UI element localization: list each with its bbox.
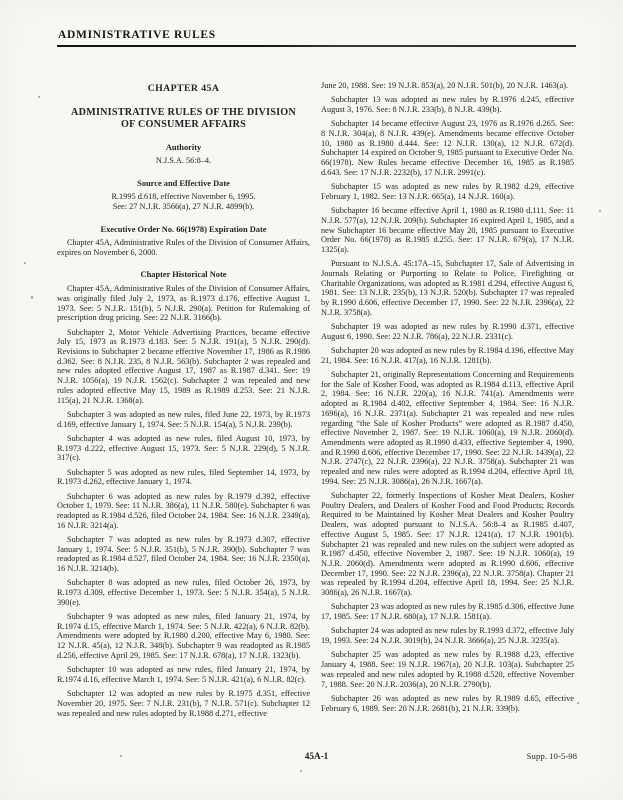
right-column: June 20, 1988. See: 19 N.J.R. 853(a), 20…	[321, 81, 574, 718]
scan-speck	[300, 770, 302, 772]
scan-speck	[577, 702, 579, 704]
running-header-title: ADMINISTRATIVE RULES	[58, 29, 216, 41]
document-page: ADMINISTRATIVE RULES CHAPTER 45A ADMINIS…	[0, 0, 623, 800]
source-line-2: See: 27 N.J.R. 3566(a), 27 N.J.R. 4899(b…	[57, 202, 310, 212]
historical-paragraph: Subchapter 20 was adopted as new rules b…	[321, 346, 574, 365]
chapter-title-line1: ADMINISTRATIVE RULES OF THE DIVISION	[71, 107, 296, 118]
historical-note-heading: Chapter Historical Note	[57, 270, 310, 280]
historical-paragraph: Subchapter 13 was adopted as new rules b…	[321, 95, 574, 114]
historical-paragraph: Subchapter 25 was adopted as new rules b…	[321, 650, 574, 689]
historical-paragraph: Chapter 45A, Administrative Rules of the…	[57, 284, 310, 323]
historical-paragraph: Subchapter 12 was adopted as new rules b…	[57, 689, 310, 718]
authority-text: N.J.S.A. 56:8–4.	[57, 156, 310, 166]
source-heading: Source and Effective Date	[57, 179, 310, 189]
historical-paragraph: Subchapter 8 was adopted as new rules, f…	[57, 578, 310, 607]
historical-paragraph: Subchapter 14 became effective August 23…	[321, 119, 574, 177]
page-number: 45A-1	[57, 751, 576, 761]
chapter-title: ADMINISTRATIVE RULES OF THE DIVISIONOF C…	[57, 107, 310, 132]
historical-paragraph: Subchapter 3 was adopted as new rules, f…	[57, 410, 310, 429]
supplement-label: Supp. 10-5-98	[527, 751, 577, 761]
historical-paragraph: Subchapter 4 was adopted as new rules, f…	[57, 434, 310, 463]
historical-paragraph: Subchapter 5 was adopted as new rules, f…	[57, 468, 310, 487]
historical-paragraph: Subchapter 9 was adopted as new rules, f…	[57, 612, 310, 661]
scan-speck	[24, 262, 26, 264]
historical-paragraph-continuation: June 20, 1988. See: 19 N.J.R. 853(a), 20…	[321, 81, 574, 91]
source-line-1: R.1995 d.618, effective November 6, 1995…	[57, 192, 310, 202]
scan-speck	[31, 296, 33, 299]
expiration-heading: Executive Order No. 66(1978) Expiration …	[57, 225, 310, 235]
historical-paragraph: Subchapter 15 was adopted as new rules b…	[321, 182, 574, 201]
scan-speck	[599, 210, 601, 212]
scan-speck	[120, 755, 122, 757]
chapter-title-line2: OF CONSUMER AFFAIRS	[121, 119, 246, 130]
historical-paragraph: Subchapter 7 was adopted as new rules by…	[57, 535, 310, 574]
historical-paragraph: Pursuant to N.J.S.A. 45:17A–15, Subchapt…	[321, 259, 574, 317]
expiration-text: Chapter 45A, Administrative Rules of the…	[57, 238, 310, 257]
historical-paragraph: Subchapter 26 was adopted as new rules b…	[321, 694, 574, 713]
historical-paragraph: Subchapter 10 was adopted as new rules, …	[57, 665, 310, 684]
chapter-number-heading: CHAPTER 45A	[57, 84, 310, 94]
historical-paragraph: Subchapter 22, formerly Inspections of K…	[321, 491, 574, 598]
left-column: CHAPTER 45A ADMINISTRATIVE RULES OF THE …	[57, 80, 310, 723]
header-rule-divider	[57, 45, 576, 47]
scan-speck	[38, 96, 40, 98]
historical-paragraph: Subchapter 21, originally Representation…	[321, 370, 574, 486]
historical-paragraph: Subchapter 23 was adopted as new rules b…	[321, 602, 574, 621]
historical-paragraph: Subchapter 6 was adopted as new rules by…	[57, 492, 310, 531]
authority-heading: Authority	[57, 143, 310, 153]
historical-paragraph: Subchapter 19 was adopted as new rules b…	[321, 322, 574, 341]
historical-paragraph: Subchapter 16 became effective April 1, …	[321, 206, 574, 255]
historical-paragraph: Subchapter 24 was adopted as new rules b…	[321, 626, 574, 645]
historical-paragraph: Subchapter 2, Motor Vehicle Advertising …	[57, 328, 310, 406]
